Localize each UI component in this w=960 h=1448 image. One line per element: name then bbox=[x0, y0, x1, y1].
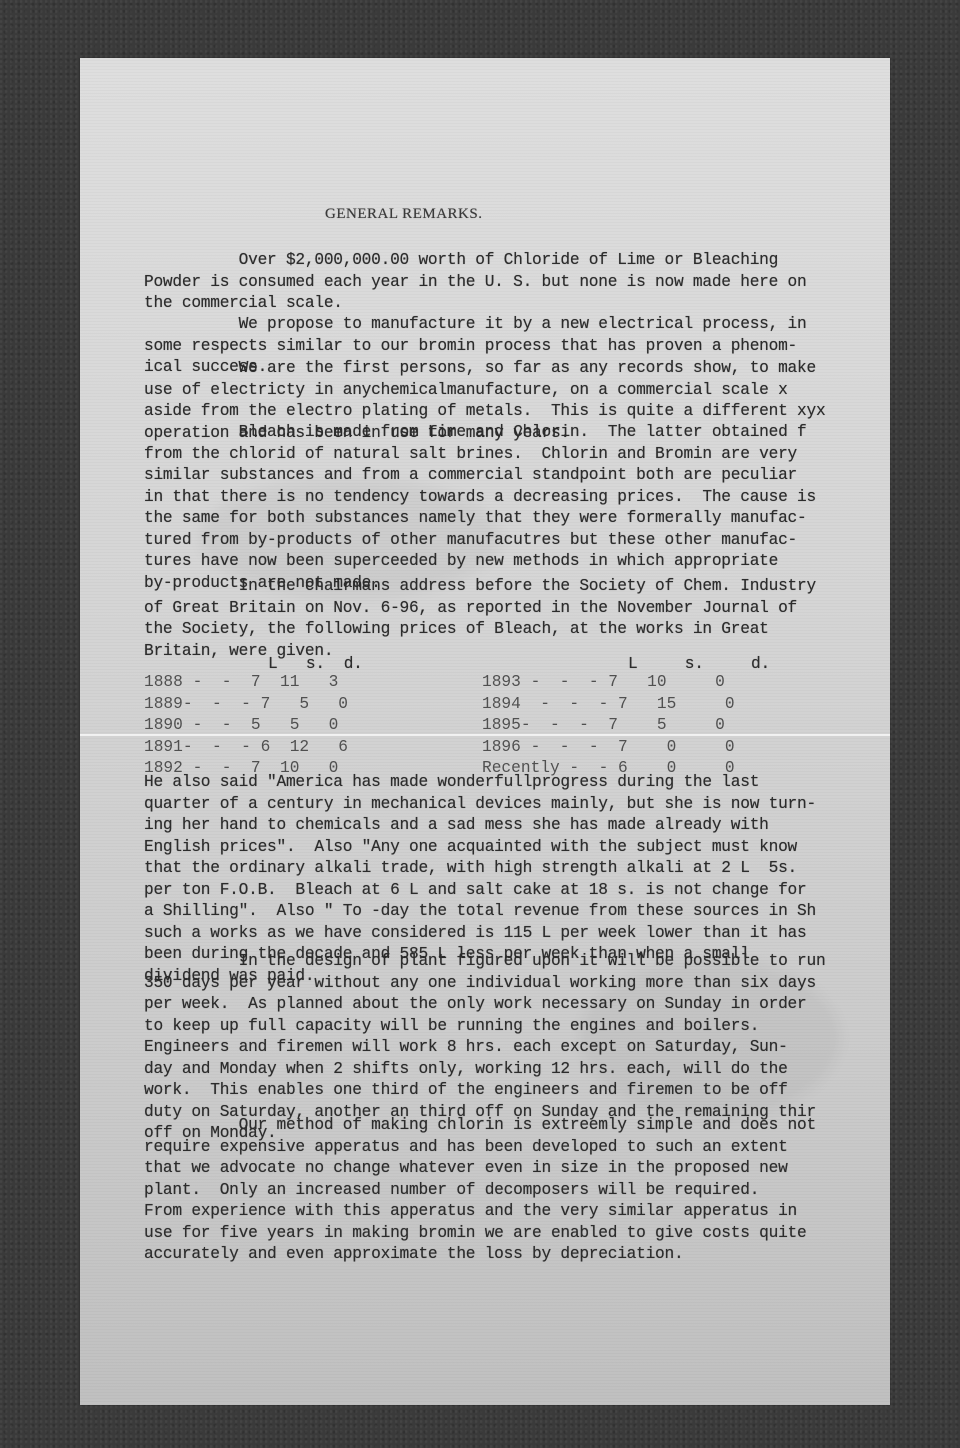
paragraph-chlorin-method: Our method of making chlorin is extreeml… bbox=[144, 1115, 816, 1266]
price-row: 1889- - - 7 5 0 bbox=[144, 694, 348, 716]
price-row: 1891- - - 6 12 6 bbox=[144, 737, 348, 759]
document-title: GENERAL REMARKS. bbox=[325, 204, 482, 226]
price-row: 1890 - - 5 5 0 bbox=[144, 715, 348, 737]
typewritten-page: GENERAL REMARKS. Over $2,000,000.00 wort… bbox=[80, 58, 890, 1405]
price-row: 1896 - - - 7 0 0 bbox=[482, 737, 735, 759]
paragraph-bleach-made: Bleach is made from Lime and Chlorin. Th… bbox=[144, 422, 816, 594]
price-row: 1893 - - - 7 10 0 bbox=[482, 672, 735, 694]
price-table-right: 1893 - - - 7 10 0 1894 - - - 7 15 0 1895… bbox=[482, 672, 735, 780]
price-row: 1888 - - 7 11 3 bbox=[144, 672, 348, 694]
price-row: 1895- - - 7 5 0 bbox=[482, 715, 735, 737]
price-row: 1894 - - - 7 15 0 bbox=[482, 694, 735, 716]
paragraph-chairmans-address: In the chairmans address before the Soci… bbox=[144, 576, 816, 662]
paragraph-bleaching-powder: Over $2,000,000.00 worth of Chloride of … bbox=[144, 250, 807, 315]
price-table-left: 1888 - - 7 11 3 1889- - - 7 5 0 1890 - -… bbox=[144, 672, 348, 780]
